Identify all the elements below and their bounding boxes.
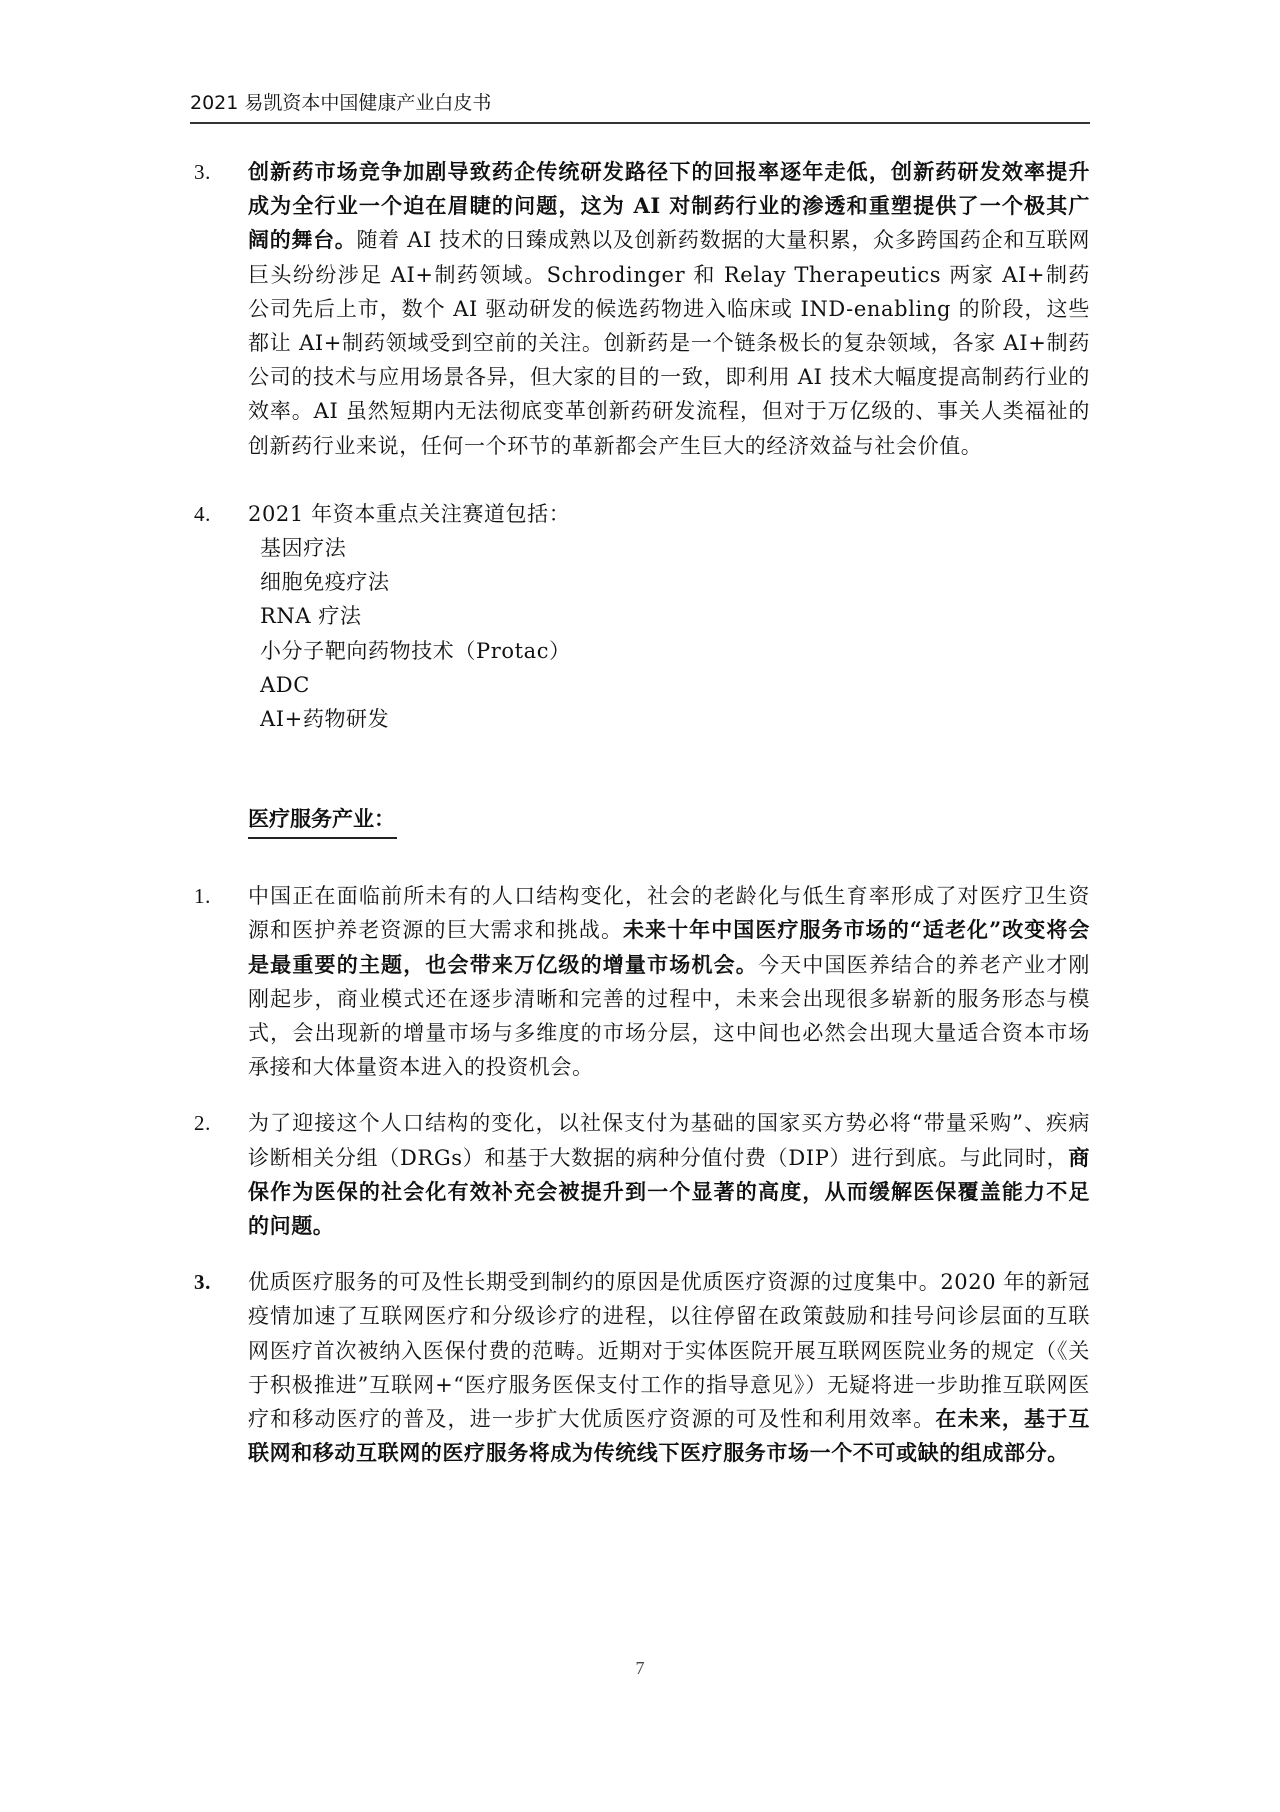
page-header: 2021 易凯资本中国健康产业白皮书 — [190, 90, 1090, 124]
track-item: AI+药物研发 — [248, 702, 1090, 736]
track-item: 小分子靶向药物技术（Protac） — [248, 634, 1090, 668]
section-title-text: 医疗服务产业： — [248, 802, 397, 839]
track-item: 细胞免疫疗法 — [248, 565, 1090, 599]
document-title: 2021 易凯资本中国健康产业白皮书 — [190, 92, 491, 114]
section-title: 医疗服务产业： — [190, 802, 1090, 839]
track-item: 基因疗法 — [248, 531, 1090, 565]
list-item-service-3: 3. 优质医疗服务的可及性长期受到制约的原因是优质医疗资源的过度集中。2020 … — [190, 1265, 1090, 1470]
list-number: 1. — [194, 879, 234, 913]
page-number: 7 — [630, 1658, 650, 1679]
track-item: RNA 疗法 — [248, 599, 1090, 633]
list-item-service-2: 2. 为了迎接这个人口结构的变化，以社保支付为基础的国家买方势必将“带量采购”、… — [190, 1106, 1090, 1243]
track-item: ADC — [248, 668, 1090, 702]
list-number: 4. — [194, 497, 234, 531]
list-item-pharma-4: 4. 2021 年资本重点关注赛道包括： — [190, 497, 1090, 531]
tracks-intro: 2021 年资本重点关注赛道包括： — [248, 502, 570, 526]
list-item-service-1: 1. 中国正在面临前所未有的人口结构变化，社会的老龄化与低生育率形成了对医疗卫生… — [190, 879, 1090, 1084]
page-content: 3. 创新药市场竞争加剧导致药企传统研发路径下的回报率逐年走低，创新药研发效率提… — [190, 155, 1090, 1471]
list-number: 3. — [194, 1265, 234, 1299]
body-text: 为了迎接这个人口结构的变化，以社保支付为基础的国家买方势必将“带量采购”、疾病诊… — [248, 1111, 1090, 1169]
body-text: 随着 AI 技术的日臻成熟以及创新药数据的大量积累，众多跨国药企和互联网巨头纷纷… — [248, 228, 1090, 457]
tracks-list: 基因疗法 细胞免疫疗法 RNA 疗法 小分子靶向药物技术（Protac） ADC… — [190, 531, 1090, 736]
list-number: 2. — [194, 1106, 234, 1140]
list-number: 3. — [194, 155, 234, 189]
list-item-pharma-3: 3. 创新药市场竞争加剧导致药企传统研发路径下的回报率逐年走低，创新药研发效率提… — [190, 155, 1090, 463]
